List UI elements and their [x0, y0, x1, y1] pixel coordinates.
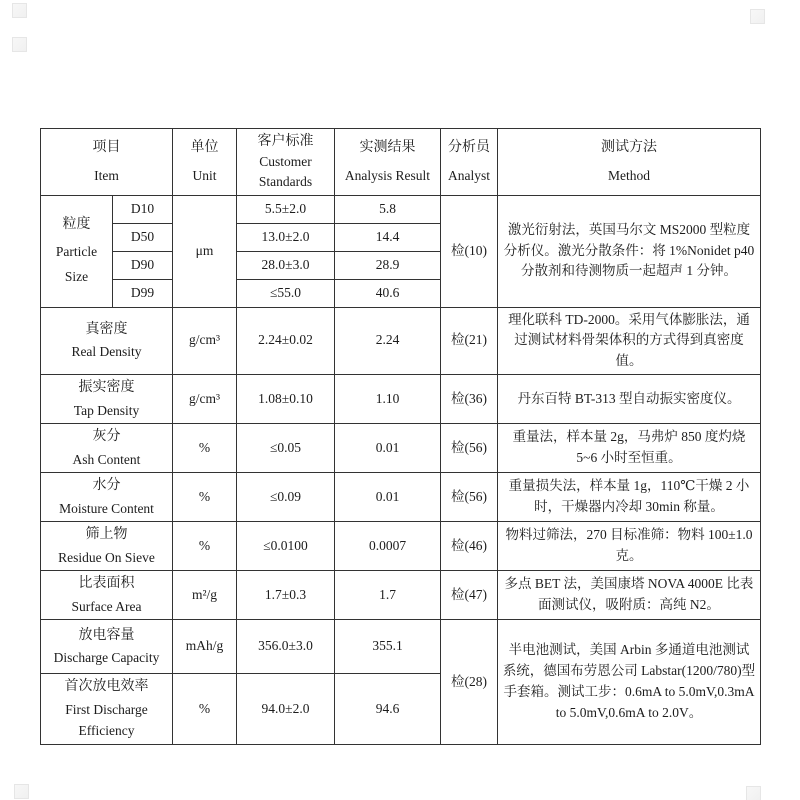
scanned-report-page: 项目 Item 单位 Unit 客户标准 Customer Standards … [0, 0, 800, 800]
item-particle-zh: 粒度 [45, 212, 108, 239]
item-zh: 灰分 [45, 426, 168, 448]
standard-cell: 2.24±0.02 [237, 307, 335, 375]
sub-item-label: D99 [113, 279, 173, 307]
item-en: Ash Content [45, 449, 168, 471]
standard-cell: 94.0±2.0 [237, 674, 335, 745]
unit-cell: % [173, 473, 237, 522]
standard-cell: 5.5±2.0 [237, 195, 335, 223]
header-analyst: 分析员 Analyst [441, 129, 498, 196]
header-method-zh: 测试方法 [502, 134, 756, 162]
header-result: 实测结果 Analysis Result [335, 129, 441, 196]
header-unit: 单位 Unit [173, 129, 237, 196]
item-zh: 真密度 [45, 319, 168, 341]
header-result-zh: 实测结果 [339, 134, 436, 162]
item-zh: 首次放电效率 [45, 676, 168, 698]
unit-cell: % [173, 674, 237, 745]
item-zh: 放电容量 [45, 625, 168, 647]
method-cell: 半电池测试，美国 Arbin 多通道电池测试系统，德国布劳恩公司 Labstar… [498, 620, 761, 745]
method-cell: 激光衍射法，英国马尔文 MS2000 型粒度分析仪。激光分散条件：将 1%Non… [498, 195, 761, 307]
item-cell: 振实密度 Tap Density [41, 375, 173, 424]
unit-cell: m²/g [173, 571, 237, 620]
item-en: Discharge Capacity [45, 647, 168, 669]
standard-cell: ≤0.0100 [237, 522, 335, 571]
standard-cell: ≤0.05 [237, 424, 335, 473]
unit-cell: μm [173, 195, 237, 307]
item-cell: 灰分 Ash Content [41, 424, 173, 473]
result-cell: 1.7 [335, 571, 441, 620]
header-standard-en1: Customer [241, 152, 330, 172]
analysis-table-sheet: 项目 Item 单位 Unit 客户标准 Customer Standards … [40, 128, 760, 745]
standard-cell: 13.0±2.0 [237, 223, 335, 251]
method-cell: 丹东百特 BT-313 型自动振实密度仪。 [498, 375, 761, 424]
table-row-surface-area: 比表面积 Surface Area m²/g 1.7±0.3 1.7 检(47)… [41, 571, 761, 620]
item-cell: 真密度 Real Density [41, 307, 173, 375]
analyst-cell: 检(21) [441, 307, 498, 375]
table-row-real-density: 真密度 Real Density g/cm³ 2.24±0.02 2.24 检(… [41, 307, 761, 375]
standard-cell: 1.08±0.10 [237, 375, 335, 424]
analysis-result-table: 项目 Item 单位 Unit 客户标准 Customer Standards … [40, 128, 761, 745]
item-cell: 筛上物 Residue On Sieve [41, 522, 173, 571]
scan-smudge-icon [750, 9, 765, 24]
item-en: Real Density [45, 341, 168, 363]
analyst-cell: 检(36) [441, 375, 498, 424]
header-item: 项目 Item [41, 129, 173, 196]
method-cell: 重量法，样本量 2g，马弗炉 850 度灼烧 5~6 小时至恒重。 [498, 424, 761, 473]
result-cell: 0.01 [335, 424, 441, 473]
method-cell: 理化联科 TD-2000。采用气体膨胀法，通过测试材料骨架体积的方式得到真密度值… [498, 307, 761, 375]
header-item-en: Item [45, 162, 168, 189]
table-row-moisture-content: 水分 Moisture Content % ≤0.09 0.01 检(56) 重… [41, 473, 761, 522]
sub-item-label: D90 [113, 251, 173, 279]
header-method-en: Method [502, 162, 756, 189]
header-item-zh: 项目 [45, 134, 168, 162]
unit-cell: % [173, 424, 237, 473]
result-cell: 0.0007 [335, 522, 441, 571]
table-row-residue-on-sieve: 筛上物 Residue On Sieve % ≤0.0100 0.0007 检(… [41, 522, 761, 571]
analyst-cell: 检(56) [441, 424, 498, 473]
analyst-cell: 检(28) [441, 620, 498, 745]
analyst-cell: 检(46) [441, 522, 498, 571]
sub-item-label: D50 [113, 223, 173, 251]
unit-cell: g/cm³ [173, 307, 237, 375]
item-en: Tap Density [45, 400, 168, 422]
item-particle-en1: Particle [45, 239, 108, 265]
unit-cell: mAh/g [173, 620, 237, 674]
standard-cell: ≤55.0 [237, 279, 335, 307]
result-cell: 5.8 [335, 195, 441, 223]
item-en: Moisture Content [45, 498, 168, 520]
scan-smudge-icon [746, 786, 761, 800]
header-standard-zh: 客户标准 [241, 131, 330, 152]
method-cell: 重量损失法，样本量 1g，110℃干燥 2 小时，干燥器内冷却 30min 称量… [498, 473, 761, 522]
standard-cell: 356.0±3.0 [237, 620, 335, 674]
analyst-cell: 检(10) [441, 195, 498, 307]
header-result-en: Analysis Result [339, 162, 436, 189]
standard-cell: ≤0.09 [237, 473, 335, 522]
header-row: 项目 Item 单位 Unit 客户标准 Customer Standards … [41, 129, 761, 196]
item-cell: 水分 Moisture Content [41, 473, 173, 522]
unit-cell: g/cm³ [173, 375, 237, 424]
method-cell: 多点 BET 法，美国康塔 NOVA 4000E 比表面测试仪，吸附质：高纯 N… [498, 571, 761, 620]
item-en: Surface Area [45, 596, 168, 618]
item-en: Residue On Sieve [45, 547, 168, 569]
header-standard: 客户标准 Customer Standards [237, 129, 335, 196]
table-row-discharge-capacity: 放电容量 Discharge Capacity mAh/g 356.0±3.0 … [41, 620, 761, 674]
scan-smudge-icon [12, 37, 27, 52]
item-zh: 水分 [45, 475, 168, 497]
item-zh: 振实密度 [45, 377, 168, 399]
header-analyst-en: Analyst [445, 162, 493, 189]
result-cell: 1.10 [335, 375, 441, 424]
item-cell-particle-size: 粒度 Particle Size [41, 195, 113, 307]
unit-cell: % [173, 522, 237, 571]
result-cell: 94.6 [335, 674, 441, 745]
table-row-ash-content: 灰分 Ash Content % ≤0.05 0.01 检(56) 重量法，样本… [41, 424, 761, 473]
item-cell: 首次放电效率 First Discharge Efficiency [41, 674, 173, 745]
analyst-cell: 检(56) [441, 473, 498, 522]
analyst-cell: 检(47) [441, 571, 498, 620]
method-cell: 物料过筛法，270 目标准筛：物料 100±1.0 克。 [498, 522, 761, 571]
header-unit-zh: 单位 [177, 134, 232, 162]
item-zh: 比表面积 [45, 573, 168, 595]
header-standard-en2: Standards [241, 172, 330, 192]
table-row-tap-density: 振实密度 Tap Density g/cm³ 1.08±0.10 1.10 检(… [41, 375, 761, 424]
result-cell: 0.01 [335, 473, 441, 522]
scan-smudge-icon [12, 3, 27, 18]
item-cell: 比表面积 Surface Area [41, 571, 173, 620]
standard-cell: 1.7±0.3 [237, 571, 335, 620]
header-unit-en: Unit [177, 162, 232, 189]
standard-cell: 28.0±3.0 [237, 251, 335, 279]
sub-item-label: D10 [113, 195, 173, 223]
item-zh: 筛上物 [45, 524, 168, 546]
result-cell: 355.1 [335, 620, 441, 674]
result-cell: 2.24 [335, 307, 441, 375]
table-row-d10: 粒度 Particle Size D10 μm 5.5±2.0 5.8 检(10… [41, 195, 761, 223]
item-en: First Discharge Efficiency [45, 699, 168, 742]
item-particle-en2: Size [45, 264, 108, 290]
item-cell: 放电容量 Discharge Capacity [41, 620, 173, 674]
result-cell: 28.9 [335, 251, 441, 279]
header-analyst-zh: 分析员 [445, 134, 493, 162]
result-cell: 40.6 [335, 279, 441, 307]
header-method: 测试方法 Method [498, 129, 761, 196]
scan-smudge-icon [14, 784, 29, 799]
result-cell: 14.4 [335, 223, 441, 251]
